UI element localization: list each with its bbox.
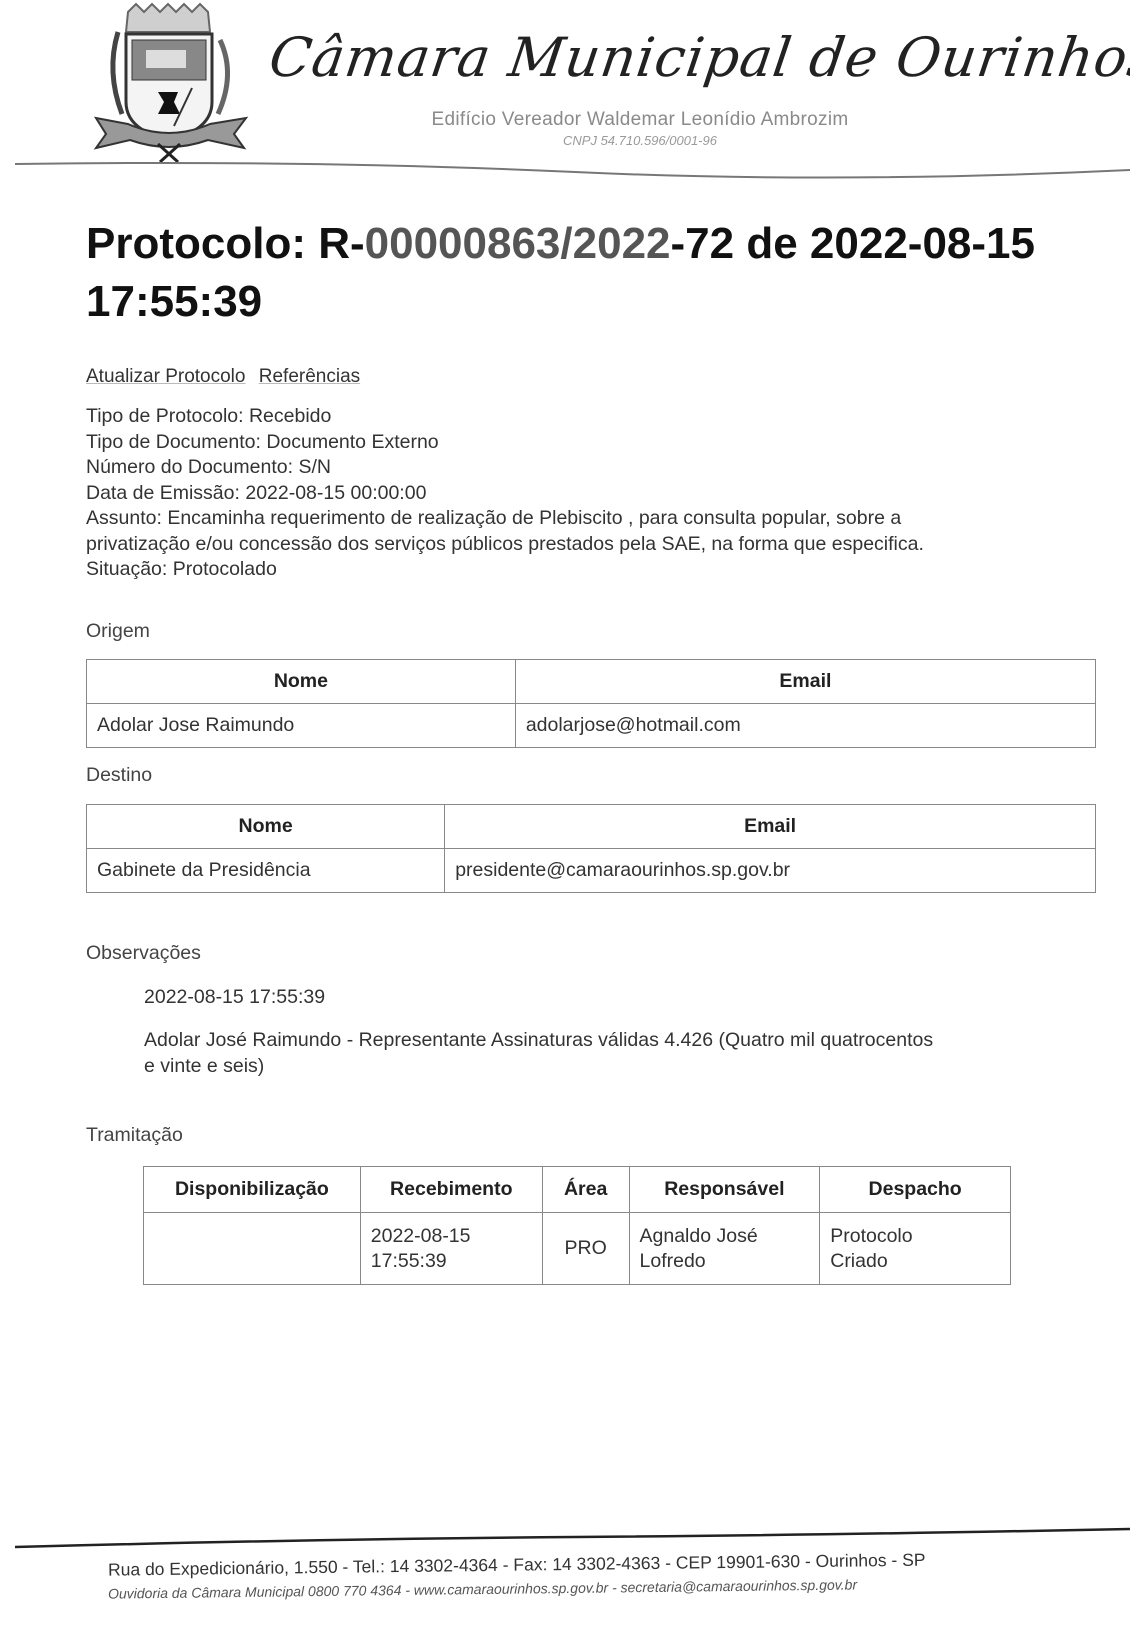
field-label: Data de Emissão — [86, 482, 235, 504]
field-label: Tipo de Protocolo — [86, 405, 238, 427]
origem-nome[interactable]: Adolar Jose Raimundo — [87, 704, 516, 748]
column-header-email: Email — [445, 805, 1096, 849]
field-value: S/N — [298, 456, 331, 478]
column-header-nome: Nome — [87, 805, 445, 849]
tramitacao-table: Disponibilização Recebimento Área Respon… — [143, 1166, 1011, 1285]
building-name: Edifício Vereador Waldemar Leonídio Ambr… — [380, 109, 900, 131]
title-suffix: -72 de 2022-08-15 — [671, 219, 1035, 268]
protocol-number: 00000863/2022 — [365, 219, 671, 268]
field-value: 2022-08-15 00:00:00 — [245, 482, 426, 504]
field-numero-documento: Número do Documento: S/N — [86, 455, 986, 481]
update-protocol-link[interactable]: Atualizar Protocolo — [86, 366, 245, 387]
origem-label: Origem — [86, 620, 150, 643]
despacho-last: Criado — [830, 1250, 887, 1272]
protocol-fields: Tipo de Protocolo: Recebido Tipo de Docu… — [86, 404, 986, 583]
column-header-recebimento: Recebimento — [360, 1167, 542, 1213]
table-row: Gabinete da Presidência presidente@camar… — [87, 849, 1096, 893]
field-tipo-documento: Tipo de Documento: Documento Externo — [86, 430, 986, 456]
header-divider — [15, 158, 1130, 188]
observacoes-label: Observações — [86, 942, 201, 965]
chamber-name: Câmara Municipal de Ourinhos — [266, 26, 1055, 89]
coat-of-arms-icon — [88, 2, 253, 162]
recebimento-time: 17:55:39 — [371, 1250, 447, 1272]
cell-area: PRO — [542, 1213, 629, 1285]
destino-nome[interactable]: Gabinete da Presidência — [87, 849, 445, 893]
field-tipo-protocolo: Tipo de Protocolo: Recebido — [86, 404, 986, 430]
responsavel-last: Lofredo — [640, 1250, 706, 1272]
field-label: Situação — [86, 558, 162, 580]
cell-responsavel[interactable]: Agnaldo JoséLofredo — [629, 1213, 820, 1285]
cell-recebimento: 2022-08-1517:55:39 — [360, 1213, 542, 1285]
column-header-responsavel: Responsável — [629, 1167, 820, 1213]
field-value: Protocolado — [173, 558, 277, 580]
field-assunto: Assunto: Encaminha requerimento de reali… — [86, 506, 986, 557]
action-links: Atualizar Protocolo Referências — [86, 366, 368, 388]
column-header-nome: Nome — [87, 660, 516, 704]
recebimento-date: 2022-08-15 — [371, 1225, 471, 1247]
field-data-emissao: Data de Emissão: 2022-08-15 00:00:00 — [86, 481, 986, 507]
cell-despacho: ProtocoloCriado — [820, 1213, 1011, 1285]
destino-table: Nome Email Gabinete da Presidência presi… — [86, 804, 1096, 893]
origem-table: Nome Email Adolar Jose Raimundo adolarjo… — [86, 659, 1096, 748]
field-situacao: Situação: Protocolado — [86, 557, 986, 583]
references-link[interactable]: Referências — [259, 366, 360, 387]
table-row: Adolar Jose Raimundo adolarjose@hotmail.… — [87, 704, 1096, 748]
table-header-row: Disponibilização Recebimento Área Respon… — [144, 1167, 1011, 1213]
column-header-area: Área — [542, 1167, 629, 1213]
destino-label: Destino — [86, 764, 152, 787]
cnpj: CNPJ 54.710.596/0001-96 — [380, 133, 900, 148]
column-header-email: Email — [515, 660, 1095, 704]
column-header-disponibilizacao: Disponibilização — [144, 1167, 361, 1213]
column-header-despacho: Despacho — [820, 1167, 1011, 1213]
table-header-row: Nome Email — [87, 660, 1096, 704]
responsavel-first: Agnaldo José — [640, 1225, 758, 1247]
table-row: 2022-08-1517:55:39 PRO Agnaldo JoséLofre… — [144, 1213, 1011, 1285]
table-header-row: Nome Email — [87, 805, 1096, 849]
observacao-text: Adolar José Raimundo - Representante Ass… — [144, 1028, 944, 1079]
despacho-first: Protocolo — [830, 1225, 912, 1247]
page-title: Protocolo: R-00000863/2022-72 de 2022-08… — [86, 215, 1046, 331]
cell-disponibilizacao — [144, 1213, 361, 1285]
letterhead: Câmara Municipal de Ourinhos Edifício Ve… — [0, 0, 1130, 190]
field-label: Tipo de Documento — [86, 431, 255, 453]
field-value: Recebido — [249, 405, 331, 427]
origem-email[interactable]: adolarjose@hotmail.com — [515, 704, 1095, 748]
field-value: Documento Externo — [266, 431, 438, 453]
field-label: Assunto — [86, 507, 156, 529]
field-label: Número do Documento — [86, 456, 288, 478]
observacao-date: 2022-08-15 17:55:39 — [144, 986, 325, 1009]
destino-email[interactable]: presidente@camaraourinhos.sp.gov.br — [445, 849, 1096, 893]
field-value: Encaminha requerimento de realização de … — [86, 507, 924, 555]
title-time: 17:55:39 — [86, 277, 262, 326]
title-prefix: Protocolo: R- — [86, 219, 365, 268]
tramitacao-label: Tramitação — [86, 1124, 183, 1147]
